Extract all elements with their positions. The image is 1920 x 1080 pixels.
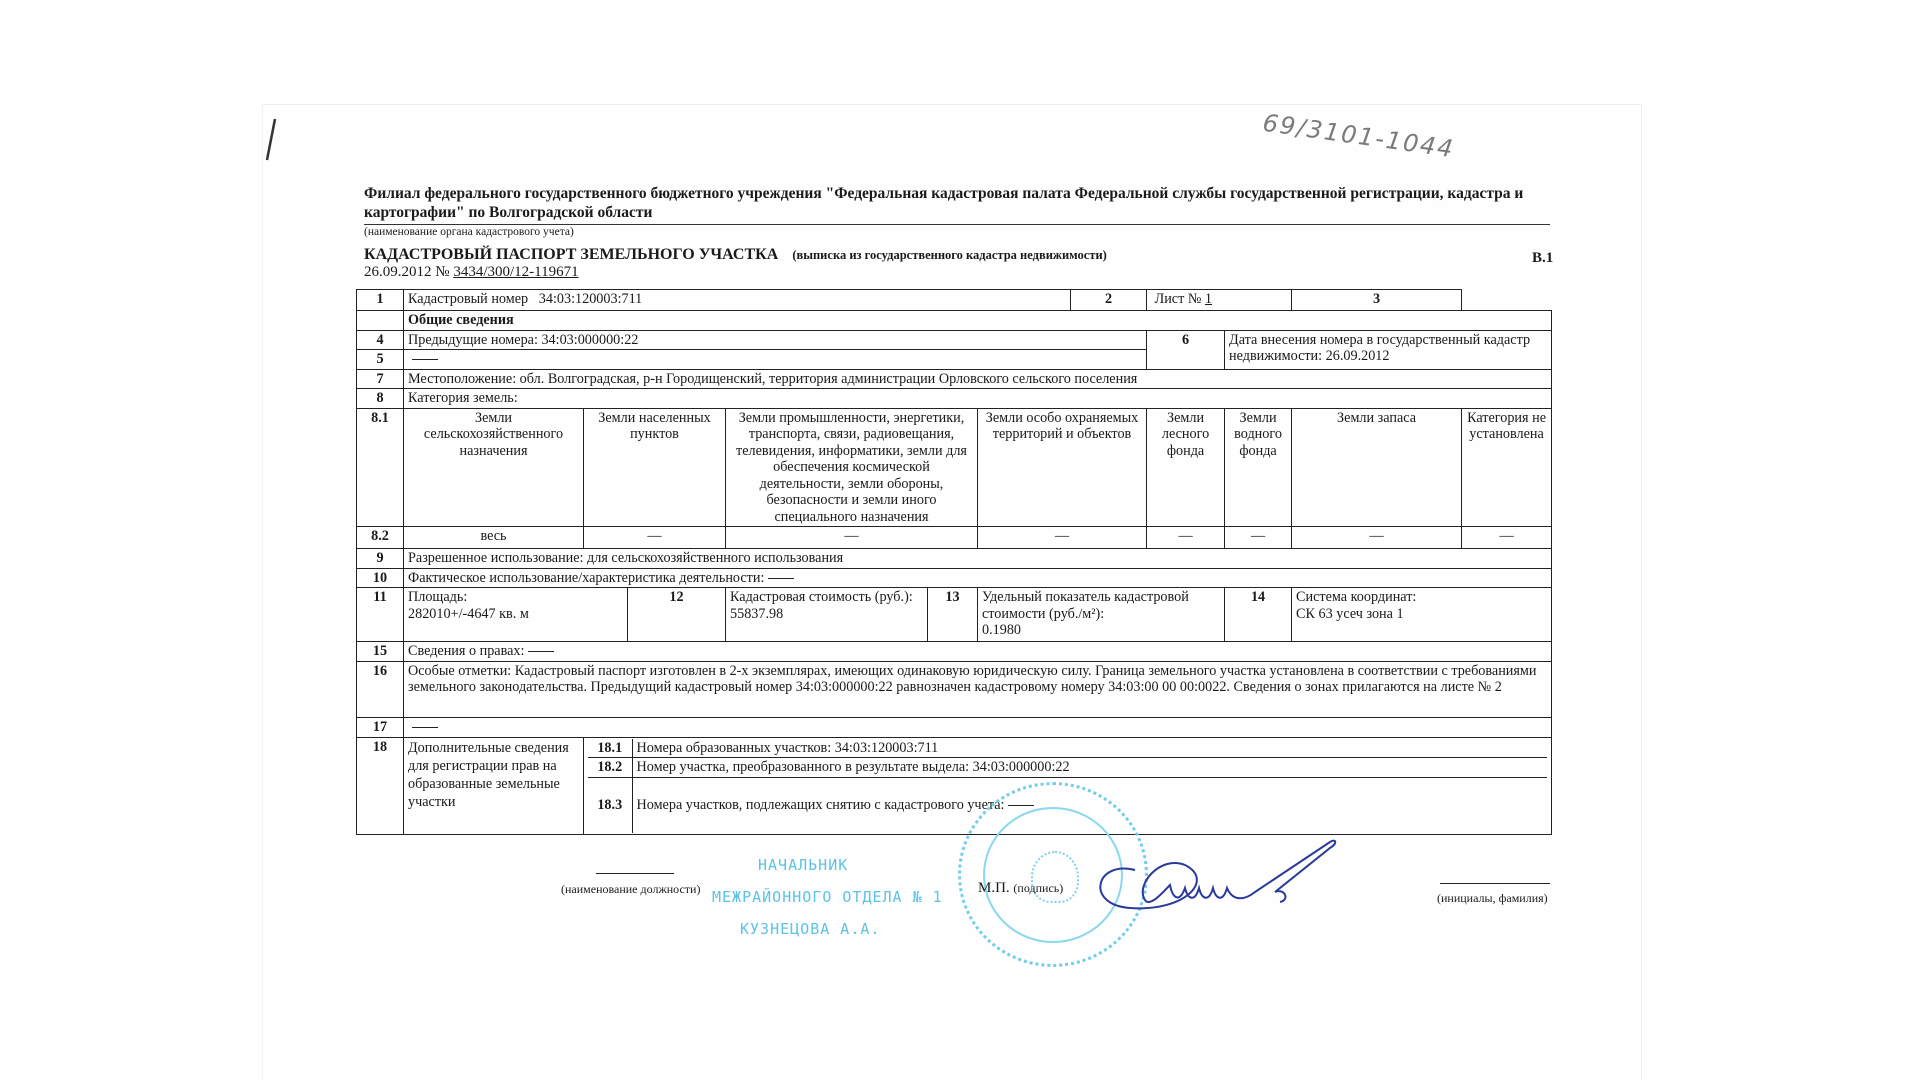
- row-11-14: 11 Площадь: 282010+/-4647 кв. м 12 Кадас…: [357, 588, 1552, 642]
- actual-use-cell: Фактическое использование/характеристика…: [404, 568, 1552, 588]
- row-10: 10 Фактическое использование/характерист…: [357, 568, 1552, 588]
- initials-caption: (инициалы, фамилия): [1437, 891, 1548, 906]
- title-main: КАДАСТРОВЫЙ ПАСПОРТ ЗЕМЕЛЬНОГО УЧАСТКА: [364, 246, 778, 263]
- category-undefined: Категория не установлена: [1462, 408, 1552, 527]
- row-8-1: 8.1 Земли сельскохозяйственного назначен…: [357, 408, 1552, 527]
- area-label: Площадь:: [408, 589, 623, 606]
- row-15: 15 Сведения о правах:: [357, 642, 1552, 662]
- row-number: 18: [357, 737, 404, 835]
- row-8-2: 8.2 весь — — — — — — —: [357, 527, 1552, 549]
- sheet-number-cell: Лист № 1: [1147, 290, 1292, 311]
- additional-info-label: Дополнительные сведения для регистрации …: [404, 737, 584, 835]
- row-number: 5: [357, 350, 404, 370]
- handwritten-signature: [1075, 830, 1345, 925]
- position-stamp-line-2: МЕЖРАЙОННОГО ОТДЕЛА № 1: [712, 888, 943, 906]
- row-number: 9: [357, 549, 404, 569]
- empty-cell: [357, 311, 404, 331]
- specific-value: 0.1980: [982, 622, 1220, 639]
- corner-mark: [264, 116, 274, 160]
- row-18: 18 Дополнительные сведения для регистрац…: [357, 737, 1552, 835]
- row-16: 16 Особые отметки: Кадастровый паспорт и…: [357, 661, 1552, 717]
- coordinate-system-cell: Система координат: СК 63 усеч зона 1: [1292, 588, 1552, 642]
- row-1: 1 Кадастровый номер 34:03:120003:711 2 Л…: [357, 290, 1552, 311]
- signature-scribble-icon: [1075, 830, 1345, 920]
- area-value: 282010+/-4647 кв. м: [408, 606, 623, 623]
- row-7: 7 Местоположение: обл. Волгоградская, р-…: [357, 369, 1552, 389]
- row-number: 7: [357, 369, 404, 389]
- position-caption: (наименование должности): [561, 882, 700, 897]
- plots-to-remove: Номера участков, подлежащих снятию с кад…: [637, 797, 1005, 813]
- specific-value-label: Удельный показатель кадастровой стоимост…: [982, 589, 1220, 622]
- specific-value-cell: Удельный показатель кадастровой стоимост…: [978, 588, 1225, 642]
- cadastral-number-value: 34:03:120003:711: [539, 291, 643, 307]
- row-17-value: [404, 717, 1552, 737]
- actual-use: Фактическое использование/характеристика…: [408, 570, 764, 586]
- row-number: 2: [1071, 290, 1147, 311]
- category-reserve: Земли запаса: [1292, 408, 1462, 527]
- seal-label: М.П.: [978, 880, 1010, 896]
- coordinate-system-value: СК 63 усеч зона 1: [1296, 606, 1547, 623]
- position-stamp-line-1: НАЧАЛЬНИК: [758, 856, 848, 874]
- row-number: 17: [357, 717, 404, 737]
- item-18-2: 18.2 Номер участка, преобразованного в р…: [588, 758, 1547, 778]
- title-subtitle: (выписка из государственного кадастра не…: [792, 248, 1107, 262]
- form-code: В.1: [1532, 250, 1553, 267]
- row-number: 4: [357, 330, 404, 350]
- cadastral-value-label: Кадастровая стоимость (руб.):: [730, 589, 923, 606]
- item-18-1: 18.1 Номера образованных участков: 34:03…: [588, 739, 1547, 758]
- position-line: [596, 873, 674, 874]
- row-number: 18.2: [588, 758, 632, 778]
- value-protected: —: [978, 527, 1147, 549]
- row-number: 8.2: [357, 527, 404, 549]
- row-8: 8 Категория земель:: [357, 389, 1552, 409]
- row-number: 13: [928, 588, 978, 642]
- area-cell: Площадь: 282010+/-4647 кв. м: [404, 588, 628, 642]
- category-forest: Земли лесного фонда: [1147, 408, 1225, 527]
- row-number: 14: [1225, 588, 1292, 642]
- row-number: 6: [1147, 330, 1225, 369]
- category-settlements: Земли населенных пунктов: [584, 408, 726, 527]
- initials-line: [1440, 883, 1550, 884]
- date-prefix: 26.09.2012 №: [364, 264, 450, 280]
- position-stamp-line-3: КУЗНЕЦОВА А.А.: [740, 920, 880, 938]
- value-industrial: —: [726, 527, 978, 549]
- cadastral-number-cell: Кадастровый номер 34:03:120003:711: [404, 290, 1071, 311]
- category-water: Земли водного фонда: [1225, 408, 1292, 527]
- row-number: 8: [357, 389, 404, 409]
- value-undefined: —: [1462, 527, 1552, 549]
- row-number: 16: [357, 661, 404, 717]
- special-notes: Особые отметки: Кадастровый паспорт изго…: [404, 661, 1552, 717]
- general-info-heading: Общие сведения: [404, 311, 1552, 331]
- organization-name: Филиал федерального государственного бюд…: [364, 184, 1554, 222]
- seal-sign-label: М.П. (подпись): [978, 880, 1063, 897]
- row-number: 1: [357, 290, 404, 311]
- formed-plots: Номера образованных участков: 34:03:1200…: [632, 739, 1547, 758]
- category-agricultural: Земли сельскохозяйственного назначения: [404, 408, 584, 527]
- row-17: 17: [357, 717, 1552, 737]
- value-reserve: —: [1292, 527, 1462, 549]
- coordinate-system-label: Система координат:: [1296, 589, 1547, 606]
- row-4: 4 Предыдущие номера: 34:03:000000:22 6 Д…: [357, 330, 1552, 350]
- row-number: 8.1: [357, 408, 404, 527]
- dash: [412, 727, 438, 728]
- cadastral-number-label: Кадастровый номер: [408, 291, 528, 307]
- row-number: 15: [357, 642, 404, 662]
- row-number: 18.3: [588, 777, 632, 833]
- cadastral-value-cell: Кадастровая стоимость (руб.): 55837.98: [726, 588, 928, 642]
- location: Местоположение: обл. Волгоградская, р-н …: [404, 369, 1552, 389]
- cadastral-value: 55837.98: [730, 606, 923, 623]
- registration-date: Дата внесения номера в государственный к…: [1225, 330, 1552, 369]
- row-number: 11: [357, 588, 404, 642]
- value-agricultural: весь: [404, 527, 584, 549]
- dash: [412, 359, 438, 360]
- row-general: Общие сведения: [357, 311, 1552, 331]
- divider: [364, 224, 1550, 225]
- value-settlements: —: [584, 527, 726, 549]
- sheet-label: Лист №: [1155, 291, 1202, 307]
- previous-numbers: Предыдущие номера: 34:03:000000:22: [404, 330, 1147, 350]
- organization-caption: (наименование органа кадастрового учета): [364, 226, 574, 238]
- row-number: 18.1: [588, 739, 632, 758]
- doc-number: 3434/300/12-119671: [453, 264, 578, 280]
- document-date-number: 26.09.2012 № 3434/300/12-119671: [364, 264, 579, 281]
- permitted-use: Разрешенное использование: для сельскохо…: [404, 549, 1552, 569]
- rights-cell: Сведения о правах:: [404, 642, 1552, 662]
- value-water: —: [1225, 527, 1292, 549]
- category-industrial: Земли промышленности, энергетики, трансп…: [726, 408, 978, 527]
- transformed-plot: Номер участка, преобразованного в резуль…: [632, 758, 1547, 778]
- sheet-value: 1: [1205, 291, 1212, 307]
- sign-caption: (подпись): [1013, 881, 1063, 895]
- cadastral-table: 1 Кадастровый номер 34:03:120003:711 2 Л…: [356, 289, 1552, 835]
- row-number: 3: [1292, 290, 1462, 311]
- value-forest: —: [1147, 527, 1225, 549]
- dash: [768, 578, 794, 579]
- document-title: КАДАСТРОВЫЙ ПАСПОРТ ЗЕМЕЛЬНОГО УЧАСТКА(в…: [364, 246, 1107, 264]
- row-number: 10: [357, 568, 404, 588]
- pen-stroke-icon: [264, 116, 278, 164]
- row-9: 9 Разрешенное использование: для сельско…: [357, 549, 1552, 569]
- land-category-label: Категория земель:: [404, 389, 1552, 409]
- rights-info: Сведения о правах:: [408, 643, 524, 659]
- row-number: 12: [628, 588, 726, 642]
- row-5-value: [404, 350, 1147, 370]
- dash: [528, 651, 554, 652]
- category-protected: Земли особо охраняемых территорий и объе…: [978, 408, 1147, 527]
